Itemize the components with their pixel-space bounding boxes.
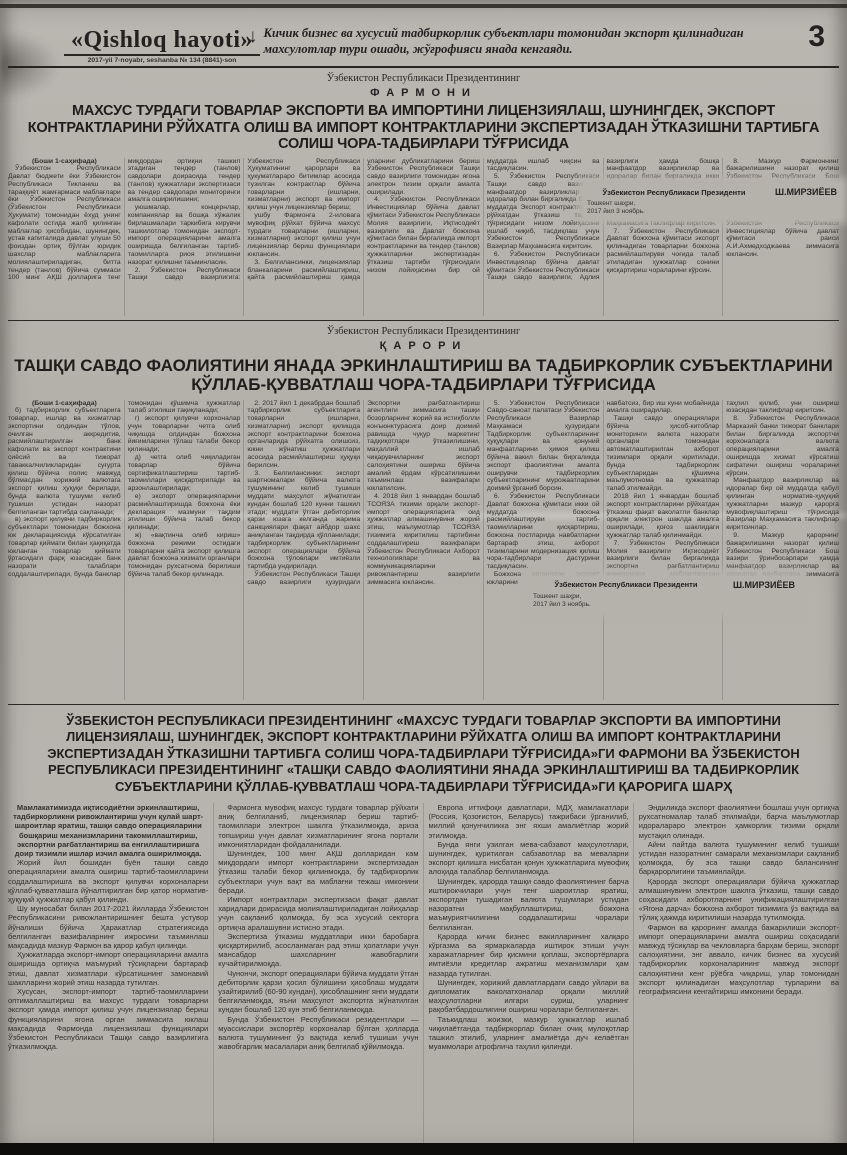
masthead-title: «Qishloq hayoti» xyxy=(62,28,262,52)
resolution-signature-name: Ш.МИРЗИЁЕВ xyxy=(733,580,795,590)
decree-signature-date: 2017 йил 3 ноябрь. xyxy=(587,208,837,216)
decree-signature-office: Ўзбекистон Республикаси Президенти xyxy=(587,188,761,197)
header-rule xyxy=(8,66,839,68)
resolution-title: ТАШҚИ САВДО ФАОЛИЯТИНИ ЯНАДА ЭРКИНЛАШТИР… xyxy=(14,356,833,395)
resolution-signature: Ўзбекистон Республикаси Президенти Ш.МИР… xyxy=(529,576,799,611)
header-deck: ↓ Кичик бизнес ва хусусий тадбиркорлик с… xyxy=(248,26,753,57)
decree-signature-place: Тошкент шаҳри, xyxy=(587,200,837,208)
resolution-signature-place: Тошкент шаҳри, xyxy=(533,593,795,601)
commentary-title: ЎЗБЕКИСТОН РЕСПУБЛИКАСИ ПРЕЗИДЕНТИНИНГ «… xyxy=(12,713,835,796)
decree-kicker: Ўзбекистон Республикаси Президентининг xyxy=(8,73,839,85)
newspaper-page: «Qishloq hayoti» 2017-yil 7-noyabr, sesh… xyxy=(0,0,847,1155)
article-resolution: Ўзбекистон Республикаси Президентининг Қ… xyxy=(0,326,847,700)
down-arrow-icon: ↓ xyxy=(248,26,258,48)
decree-signature-name: Ш.МИРЗИЁЕВ xyxy=(775,187,837,197)
article-commentary: ЎЗБЕКИСТОН РЕСПУБЛИКАСИ ПРЕЗИДЕНТИНИНГ «… xyxy=(0,713,847,1152)
decree-doc-type: ФАРМОНИ xyxy=(8,87,839,100)
decree-signature: Ўзбекистон Республикаси Президенти Ш.МИР… xyxy=(583,183,841,218)
decree-body: (Боши 1-саҳифада)Ўзбекистон Республикаси… xyxy=(8,158,839,316)
commentary-body: Мамлакатимизда иқтисодиётни эркинлаштири… xyxy=(8,803,839,1151)
resolution-signature-date: 2017 йил 3 ноябрь. xyxy=(533,601,795,609)
bottom-edge-bar xyxy=(0,1143,847,1155)
resolution-signature-office: Ўзбекистон Республикаси Президенти xyxy=(533,580,719,589)
resolution-kicker: Ўзбекистон Республикаси Президентининг xyxy=(8,326,839,338)
decree-title: МАХСУС ТУРДАГИ ТОВАРЛАР ЭКСПОРТИ ВА ИМПО… xyxy=(14,103,833,153)
article-decree: Ўзбекистон Республикаси Президентининг Ф… xyxy=(0,73,847,316)
resolution-body: (Боши 1-саҳифада)б) тадбиркорлик субъект… xyxy=(8,400,839,700)
resolution-doc-type: ҚАРОРИ xyxy=(8,340,839,353)
page-header: «Qishloq hayoti» 2017-yil 7-noyabr, sesh… xyxy=(0,0,847,68)
section-divider-2 xyxy=(8,704,839,705)
masthead-rule xyxy=(64,54,260,56)
masthead-dateline: 2017-yil 7-noyabr, seshanba № 134 (8841)… xyxy=(62,57,262,64)
masthead: «Qishloq hayoti» 2017-yil 7-noyabr, sesh… xyxy=(62,28,262,64)
section-divider-1 xyxy=(8,320,839,321)
deck-text: Кичик бизнес ва хусусий тадбиркорлик суб… xyxy=(264,26,754,57)
page-number: 3 xyxy=(808,20,825,54)
